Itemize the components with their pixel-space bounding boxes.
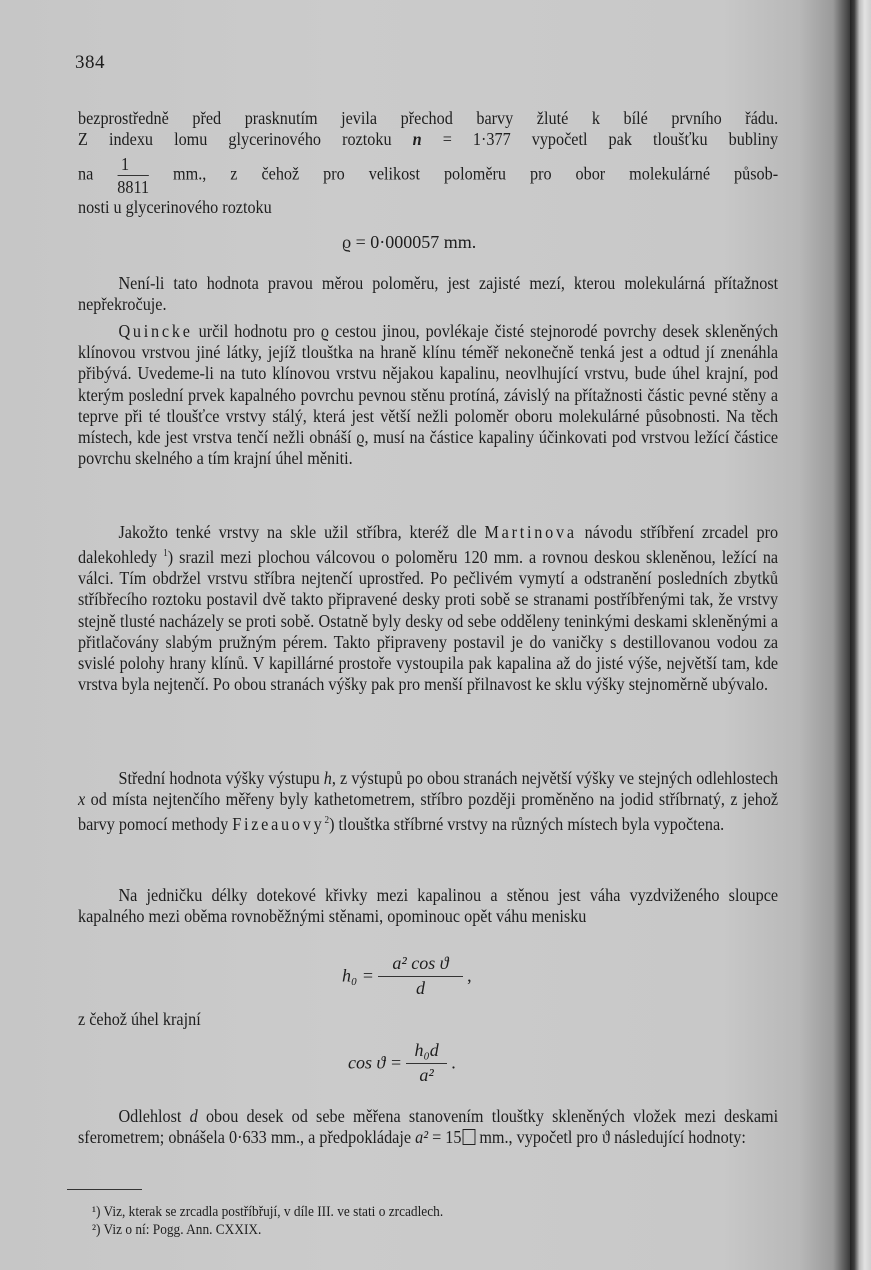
footnote-divider: [67, 1189, 142, 1190]
equation-h0: h₀ = a² cos ϑd ,: [342, 953, 472, 999]
paragraph-2: Není-li tato hodnota pravou měrou polomě…: [78, 273, 778, 315]
variable-n: n: [413, 129, 422, 149]
paragraph-7: z čehož úhel krajní: [78, 1009, 778, 1030]
paragraph-4: Jakožto tenké vrstvy na skle užil stříbr…: [78, 522, 778, 695]
author-quincke: Quincke: [118, 321, 192, 341]
paragraph-1: bezprostředně před prasknutím jevila pře…: [78, 108, 778, 219]
text-line: na 18811 mm., z čehož pro velikost polom…: [78, 154, 778, 197]
equation-rho: ϱ = 0·000057 mm.: [342, 232, 476, 253]
paragraph-3: Quincke určil hodnotu pro ϱ cestou jinou…: [78, 321, 778, 469]
book-spine-gutter: [850, 0, 871, 1270]
text-line: nosti u glycerinového roztoku: [78, 197, 778, 218]
footnote-2: ²) Viz o ní: Pogg. Ann. CXXIX.: [92, 1222, 261, 1239]
paragraph-6: Na jedničku délky dotekové křivky mezi k…: [78, 885, 778, 927]
page-number: 384: [75, 52, 105, 74]
footnote-1: ¹) Viz, kterak se zrcadla postříbřují, v…: [92, 1204, 443, 1221]
text-line: Z indexu lomu glycerinového roztoku n = …: [78, 129, 778, 150]
author-fizeau: Fizeauovy: [232, 814, 324, 834]
equation-cos-theta: cos ϑ = h₀da² .: [348, 1040, 456, 1086]
author-martin: Martinova: [485, 522, 577, 542]
paragraph-8: Odlehlost d obou desek od sebe měřena st…: [78, 1106, 778, 1148]
fraction: 18811: [117, 154, 149, 197]
paragraph-5: Střední hodnota výšky výstupu h, z výstu…: [78, 768, 778, 835]
text-line: bezprostředně před prasknutím jevila pře…: [78, 108, 778, 129]
missing-glyph-box: [462, 1129, 475, 1145]
